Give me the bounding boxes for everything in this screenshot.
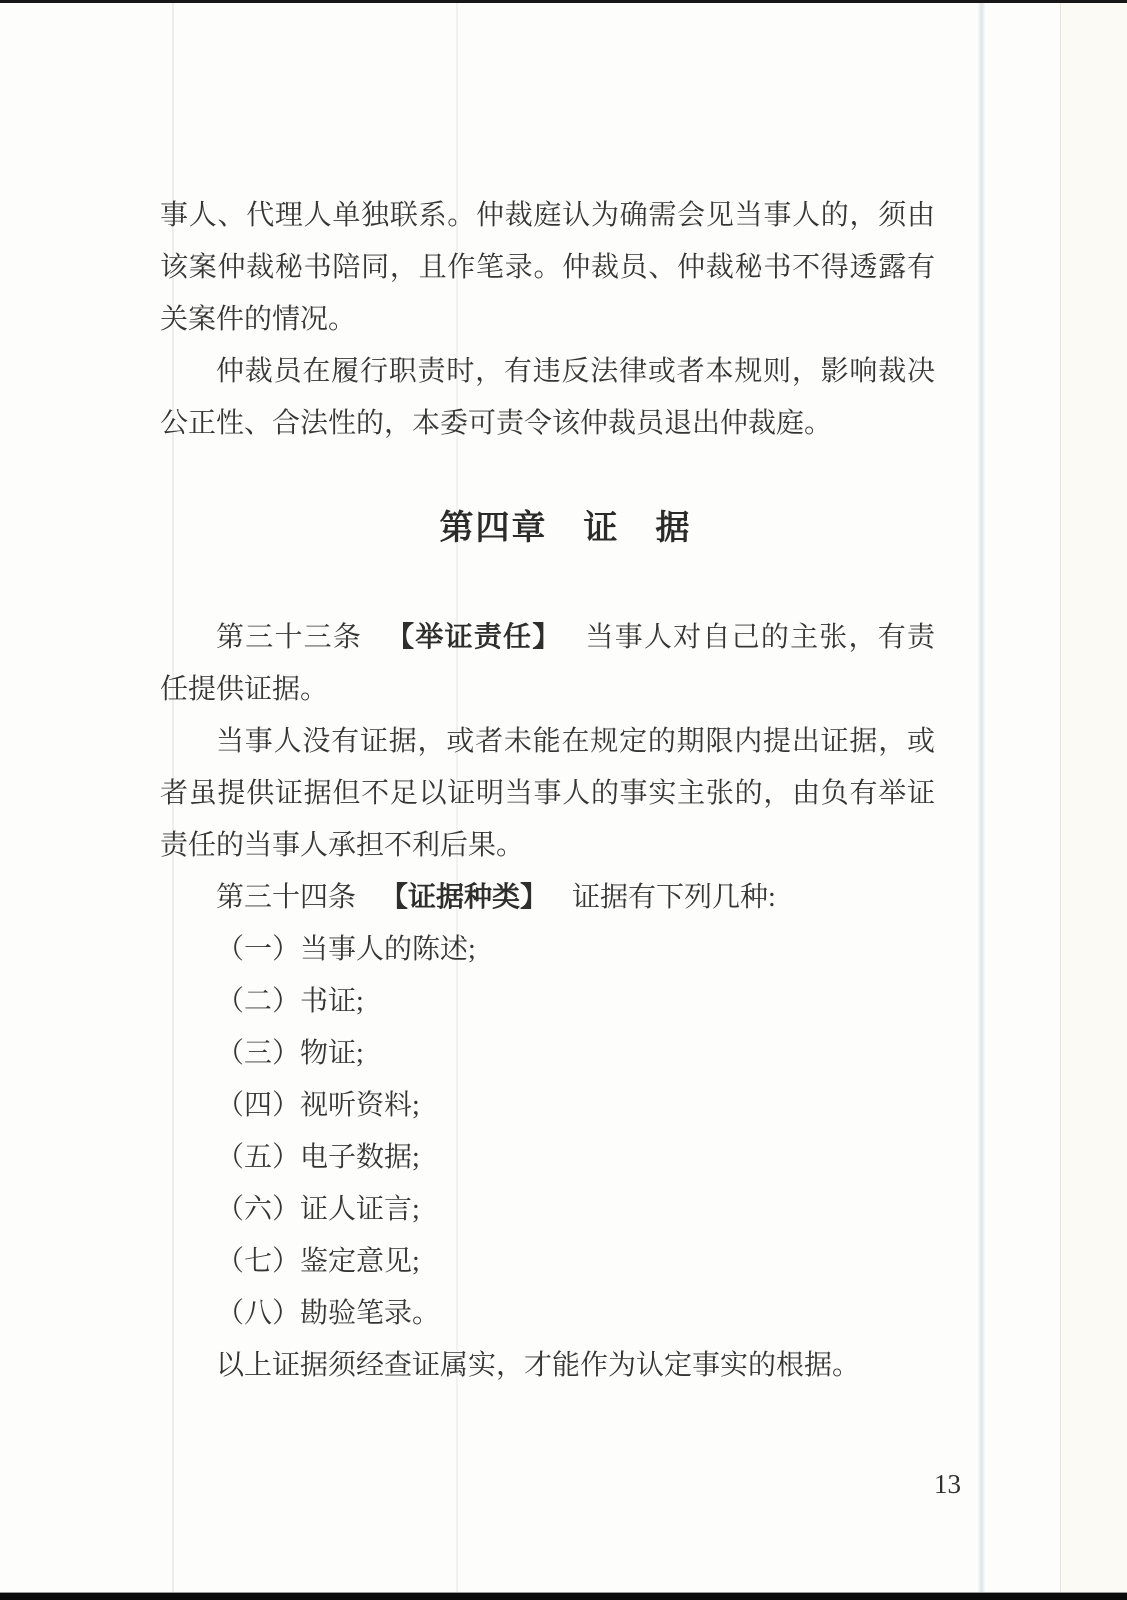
paragraph-continuation: 事人、代理人单独联系。仲裁庭认为确需会见当事人的，须由该案仲裁秘书陪同，且作笔录… (160, 190, 935, 346)
document-text-block: 事人、代理人单独联系。仲裁庭认为确需会见当事人的，须由该案仲裁秘书陪同，且作笔录… (160, 190, 935, 1392)
article-33-title: 【举证责任】 (386, 622, 561, 653)
article-34: 第三十四条【证据种类】证据有下列几种: (160, 872, 935, 924)
article-34-text: 证据有下列几种: (572, 882, 776, 913)
scan-edge-top (0, 0, 1127, 3)
scan-page-gutter (1060, 3, 1127, 1593)
evidence-item-3: （三）物证; (160, 1028, 935, 1080)
chapter-heading: 第四章 证 据 (178, 498, 953, 558)
evidence-item-7: （七）鉴定意见; (160, 1236, 935, 1288)
evidence-item-6: （六）证人证言; (160, 1184, 935, 1236)
paragraph-arbitrator-duty: 仲裁员在履行职责时，有违反法律或者本规则，影响裁决公正性、合法性的，本委可责令该… (160, 346, 935, 450)
evidence-item-5: （五）电子数据; (160, 1132, 935, 1184)
article-33-number: 第三十三条 (216, 622, 362, 653)
page-number: 13 (934, 1464, 978, 1504)
article-33: 第三十三条【举证责任】当事人对自己的主张，有责任提供证据。 (160, 612, 935, 716)
paragraph-burden-consequence: 当事人没有证据，或者未能在规定的期限内提出证据，或者虽提供证据但不足以证明当事人… (160, 716, 935, 872)
paragraph-closing: 以上证据须经查证属实，才能作为认定事实的根据。 (160, 1340, 935, 1392)
evidence-item-4: （四）视听资料; (160, 1080, 935, 1132)
article-34-number: 第三十四条 (216, 882, 356, 913)
scan-streak-right (978, 3, 985, 1593)
scanned-document-page: 事人、代理人单独联系。仲裁庭认为确需会见当事人的，须由该案仲裁秘书陪同，且作笔录… (0, 0, 1127, 1600)
scan-edge-bottom (0, 1592, 1127, 1600)
evidence-item-1: （一）当事人的陈述; (160, 924, 935, 976)
article-34-title: 【证据种类】 (380, 882, 548, 913)
evidence-item-8: （八）勘验笔录。 (160, 1288, 935, 1340)
evidence-item-2: （二）书证; (160, 976, 935, 1028)
